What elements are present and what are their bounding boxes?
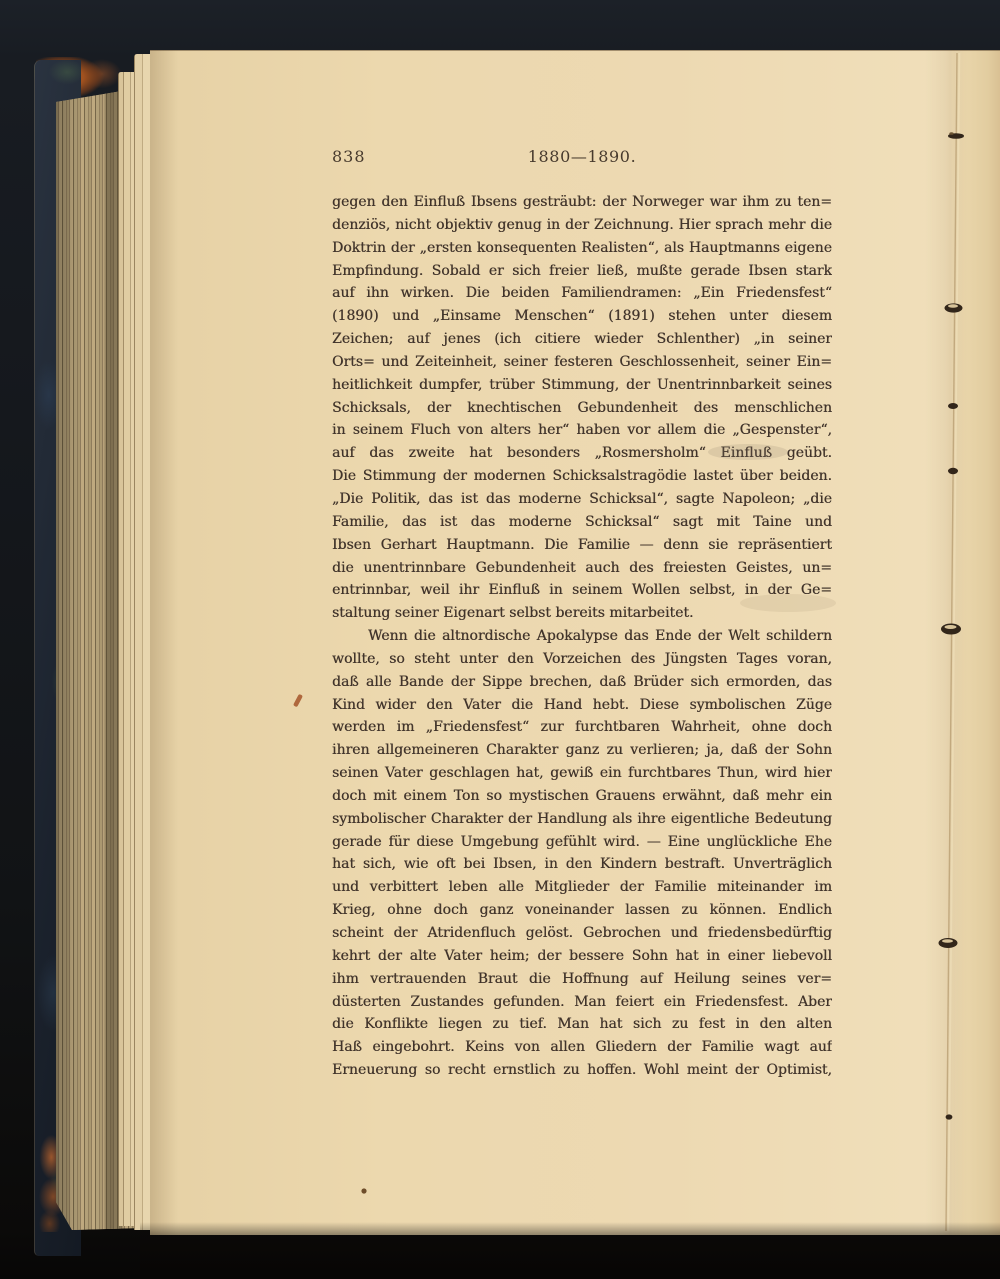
scanned-book-photo: 838 1880—1890. gegen den Einfluß Ibsens … [0, 0, 1000, 1279]
text-line: denziös, nicht objektiv genug in der Zei… [332, 214, 832, 237]
text-line: Familie, das ist das moderne Schicksal“ … [332, 511, 832, 534]
text-line: heitlichkeit dumpfer, trüber Stimmung, d… [332, 374, 832, 397]
text-line: kehrt der alte Vater heim; der bessere S… [332, 945, 832, 968]
text-line: Orts= und Zeiteinheit, seiner festeren G… [332, 351, 832, 374]
text-line: „Die Politik, das ist das moderne Schick… [332, 488, 832, 511]
text-line: Erneuerung so recht ernstlich zu hoffen.… [332, 1059, 832, 1082]
running-head: 1880—1890. [332, 146, 832, 168]
text-line: gerade für diese Umgebung gefühlt wird. … [332, 831, 832, 854]
text-line: Zeichen; auf jenes (ich citiere wieder S… [332, 328, 832, 351]
text-line: ihren allgemeineren Charakter ganz zu ve… [332, 739, 832, 762]
text-line: Doktrin der „ersten konsequenten Realist… [332, 237, 832, 260]
text-line: Wenn die altnordische Apokalypse das End… [332, 625, 832, 648]
text-line: Haß eingebohrt. Keins von allen Gliedern… [332, 1036, 832, 1059]
text-line: entrinnbar, weil ihr Einfluß in seinem W… [332, 579, 832, 602]
paragraph: Wenn die altnordische Apokalypse das End… [332, 625, 832, 1082]
text-line: in seinem Fluch von alters her“ haben vo… [332, 419, 832, 442]
text-line: symbolischer Charakter der Handlung als … [332, 808, 832, 831]
text-line: staltung seiner Eigenart selbst bereits … [332, 602, 832, 625]
text-line: Kind wider den Vater die Hand hebt. Dies… [332, 694, 832, 717]
paragraph: gegen den Einfluß Ibsens gesträubt: der … [332, 191, 832, 625]
text-line: doch mit einem Ton so mystischen Grauens… [332, 785, 832, 808]
text-line: die Konflikte liegen zu tief. Man hat si… [332, 1013, 832, 1036]
text-line: Empfindung. Sobald er sich freier ließ, … [332, 260, 832, 283]
text-line: auf das zweite hat besonders „Rosmershol… [332, 442, 832, 465]
text-line: und verbittert leben alle Mitglieder der… [332, 876, 832, 899]
text-line: wollte, so steht unter den Vorzeichen de… [332, 648, 832, 671]
page-number: 838 [332, 146, 366, 168]
text-line: Krieg, ohne doch ganz voneinander lassen… [332, 899, 832, 922]
text-line: seinen Vater geschlagen hat, gewiß ein f… [332, 762, 832, 785]
text-line: werden im „Friedensfest“ zur furchtbaren… [332, 716, 832, 739]
text-line: scheint der Atridenfluch gelöst. Gebroch… [332, 922, 832, 945]
text-line: die unentrinnbare Gebundenheit auch des … [332, 557, 832, 580]
text-line: (1890) und „Einsame Menschen“ (1891) ste… [332, 305, 832, 328]
text-line: ihm vertrauenden Braut die Hoffnung auf … [332, 968, 832, 991]
page-header: 838 1880—1890. [332, 146, 832, 168]
page-bottom-shadow [140, 1222, 1000, 1279]
text-line: Ibsen Gerhart Hauptmann. Die Familie — d… [332, 534, 832, 557]
text-line: auf ihn wirken. Die beiden Familiendrame… [332, 282, 832, 305]
text-line: düsterten Zustandes gefunden. Man feiert… [332, 991, 832, 1014]
text-line: hat sich, wie oft bei Ibsen, in den Kind… [332, 853, 832, 876]
text-block: gegen den Einfluß Ibsens gesträubt: der … [332, 191, 832, 1082]
text-line: Schicksals, der knechtischen Gebundenhei… [332, 397, 832, 420]
text-line: gegen den Einfluß Ibsens gesträubt: der … [332, 191, 832, 214]
text-line: Die Stimmung der modernen Schicksalstrag… [332, 465, 832, 488]
text-line: daß alle Bande der Sippe brechen, daß Br… [332, 671, 832, 694]
book-page: 838 1880—1890. gegen den Einfluß Ibsens … [150, 50, 1000, 1235]
